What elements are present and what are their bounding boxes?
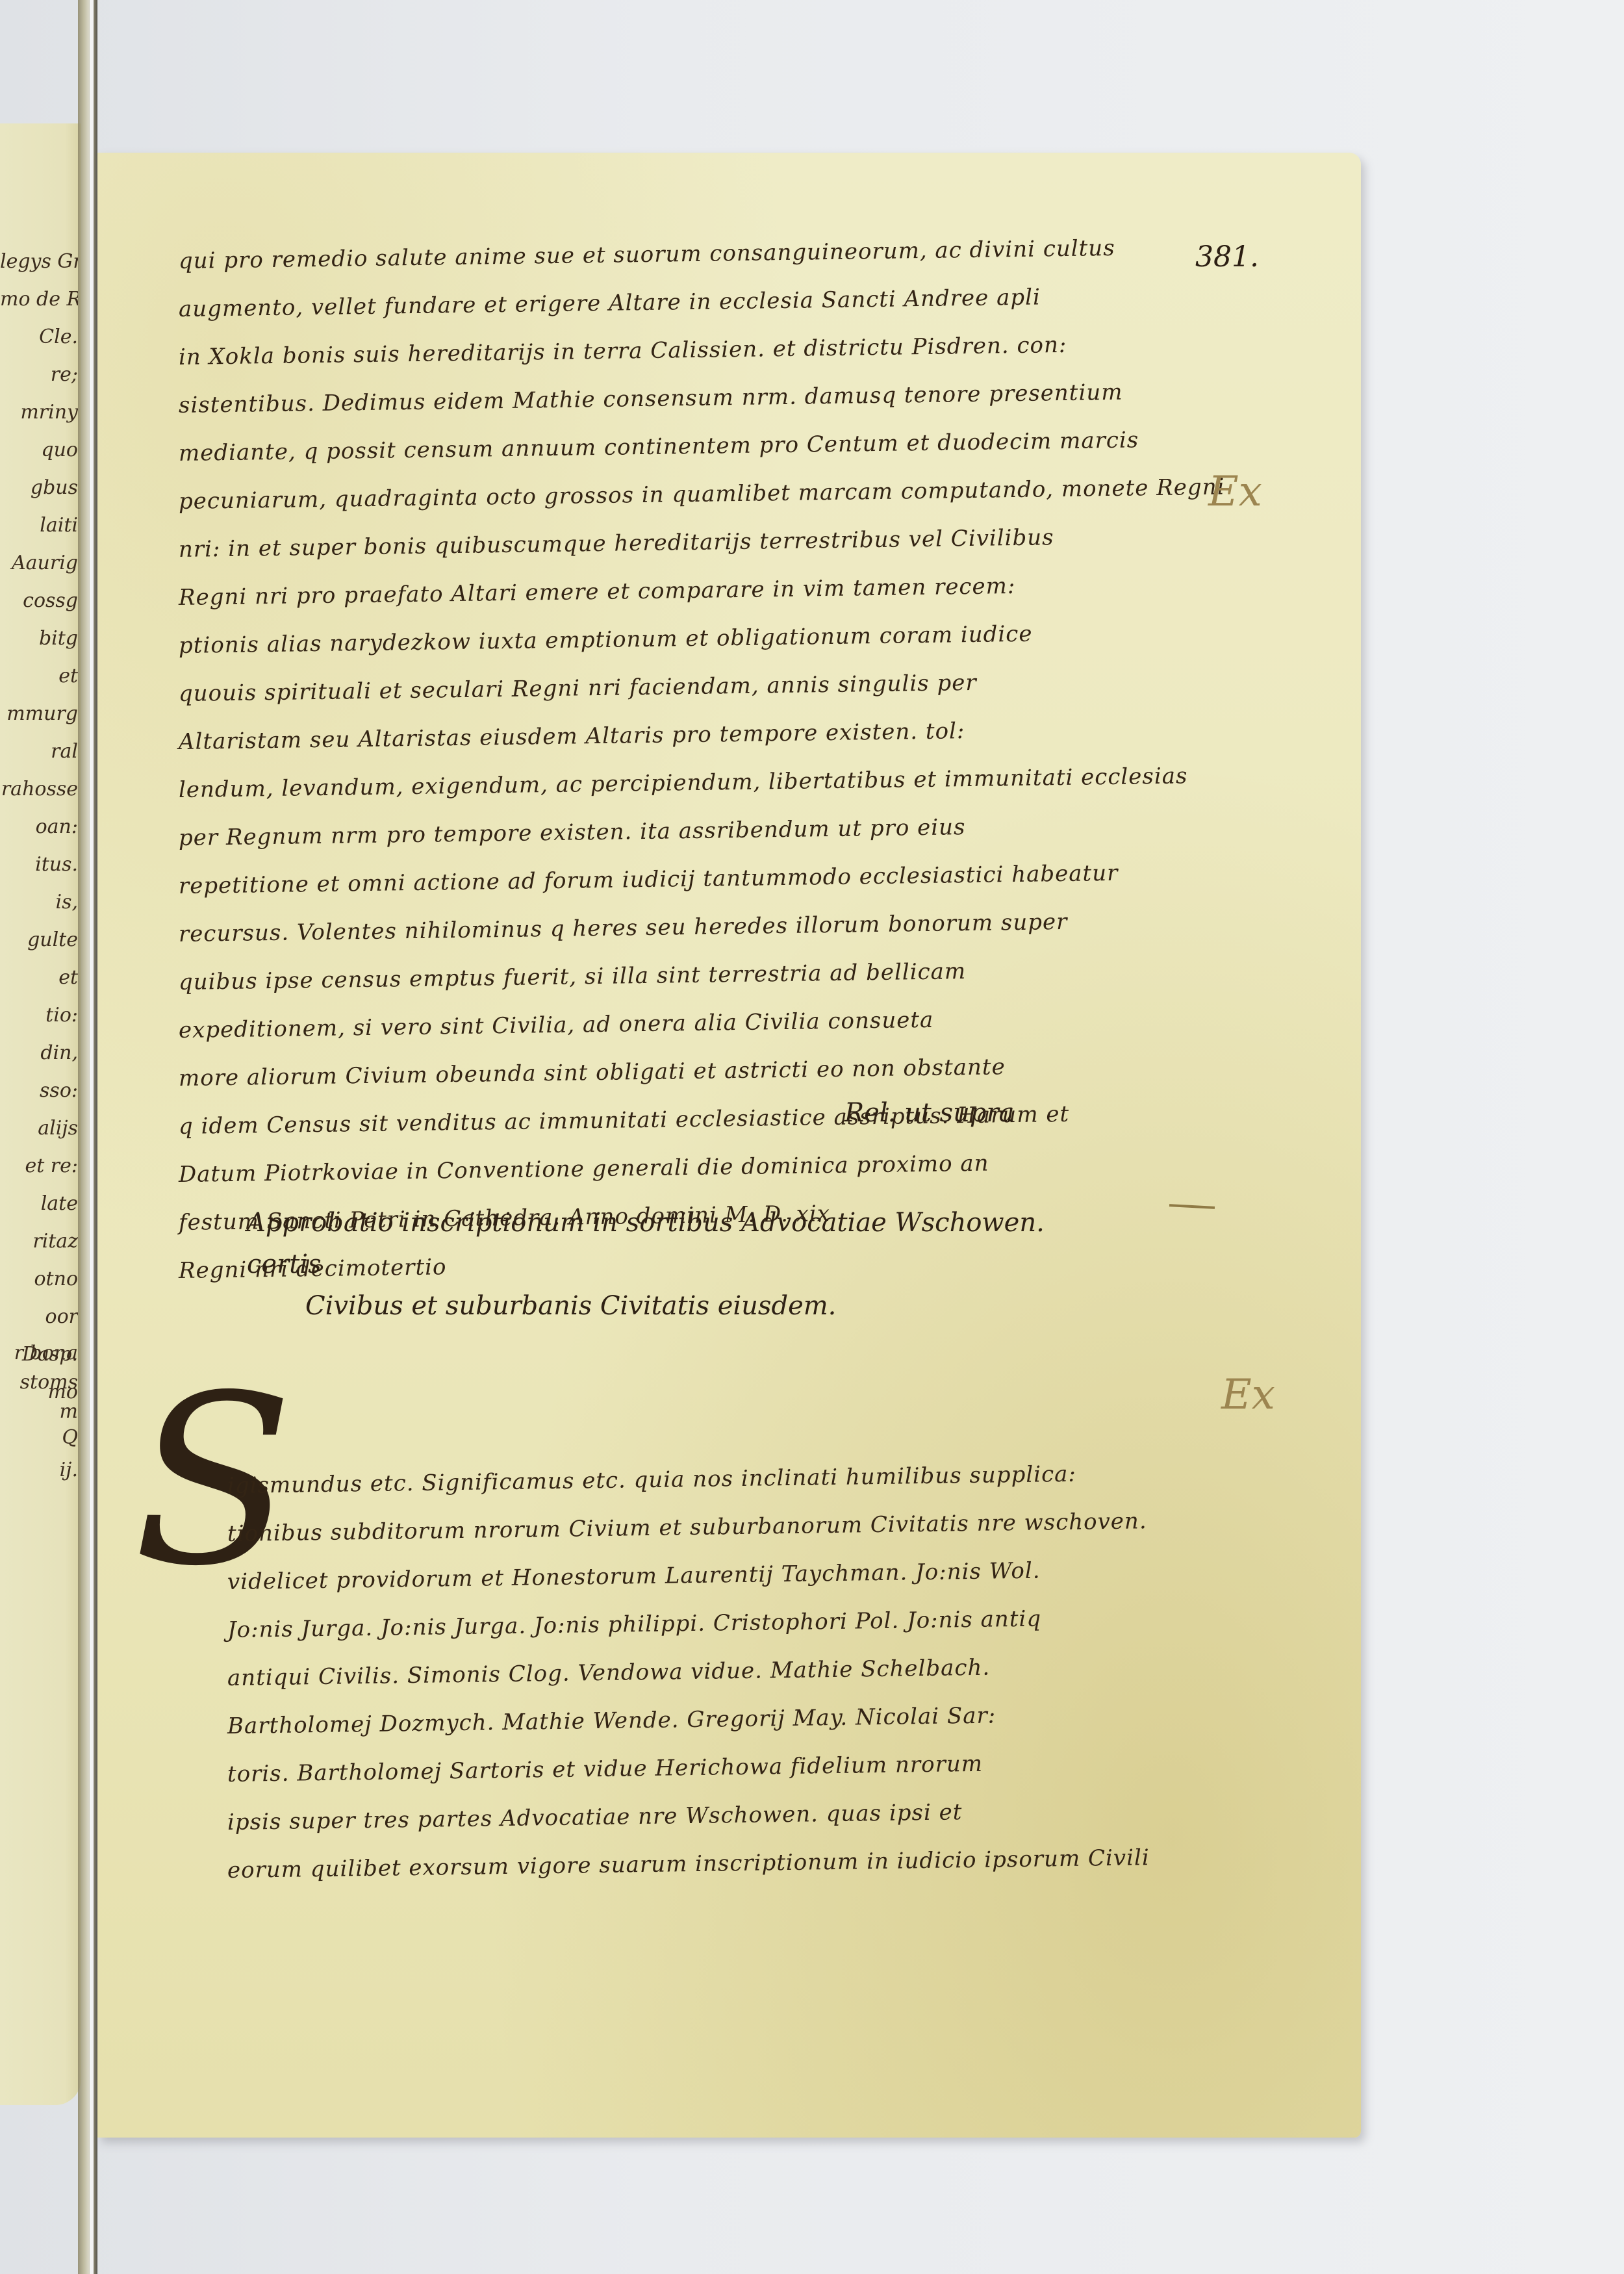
left-margin-fragment: stoms [0,1368,78,1398]
left-margin-fragment: ritaz [0,1227,78,1257]
left-margin-fragment: r bona [0,1338,78,1368]
section-heading: Approbatio inscriptionum in sortibus Adv… [247,1202,1091,1327]
left-margin-fragment: mriny [0,398,78,428]
left-margin-fragment: laiti [0,511,78,541]
left-margin-fragment: late [0,1189,78,1219]
margin-annotation-ex-2: Ex [1221,1371,1275,1419]
left-margin-fragment: et [0,661,78,691]
paragraph-1: qui pro remedio salute anime sue et suor… [179,237,1166,1295]
left-margin-fragment: Q [0,1423,78,1453]
relatio-note: Rel. ut supra [844,1098,1014,1128]
left-margin-fragment: Cle. [0,322,78,352]
left-margin-fragment: otno [0,1264,78,1294]
left-margin-fragment: tio: [0,1001,78,1030]
left-margin-fragment: legys Grusche [0,247,78,277]
left-margin-fragment: oor [0,1302,78,1332]
paragraph-2: igismundus etc. Significamus etc. quia n… [227,1462,1215,1895]
left-margin-fragment: cossg [0,586,78,616]
left-margin-fragment: oan: [0,812,78,842]
left-margin-fragment: gulte [0,925,78,955]
margin-annotation-ex-1: Ex [1208,468,1262,516]
left-margin-fragment: is, [0,888,78,917]
left-margin-fragment: gbus [0,473,78,503]
left-margin-fragment: ral [0,737,78,767]
left-margin-fragment: mo de Ribotti [0,285,78,314]
left-margin-fragment: alijs [0,1114,78,1143]
book-gutter [78,0,97,2274]
left-facing-page: legys Gruschemo de RibottiCle.re;mrinyqu… [0,123,81,2105]
left-margin-fragment: et [0,963,78,993]
left-margin-fragment: ij. [0,1455,78,1485]
left-margin-fragment: quo [0,435,78,465]
left-margin-fragment: itus. [0,850,78,880]
heading-line-1: Approbatio inscriptionum in sortibus Adv… [247,1202,1091,1285]
heading-line-2: Civibus et suburbanis Civitatis eiusdem. [247,1285,1091,1327]
left-margin-fragment: et re: [0,1151,78,1181]
left-margin-fragment: sso: [0,1076,78,1106]
left-margin-fragment: bitg [0,624,78,654]
left-margin-fragment: re; [0,360,78,390]
left-margin-fragment: rahosse [0,774,78,804]
page-edge-strip [90,0,94,2274]
left-margin-fragment: Aaurig [0,548,78,578]
folio-number: 381. [1195,240,1259,274]
left-margin-fragment: din, [0,1038,78,1068]
left-margin-fragment: mmurg [0,699,78,729]
